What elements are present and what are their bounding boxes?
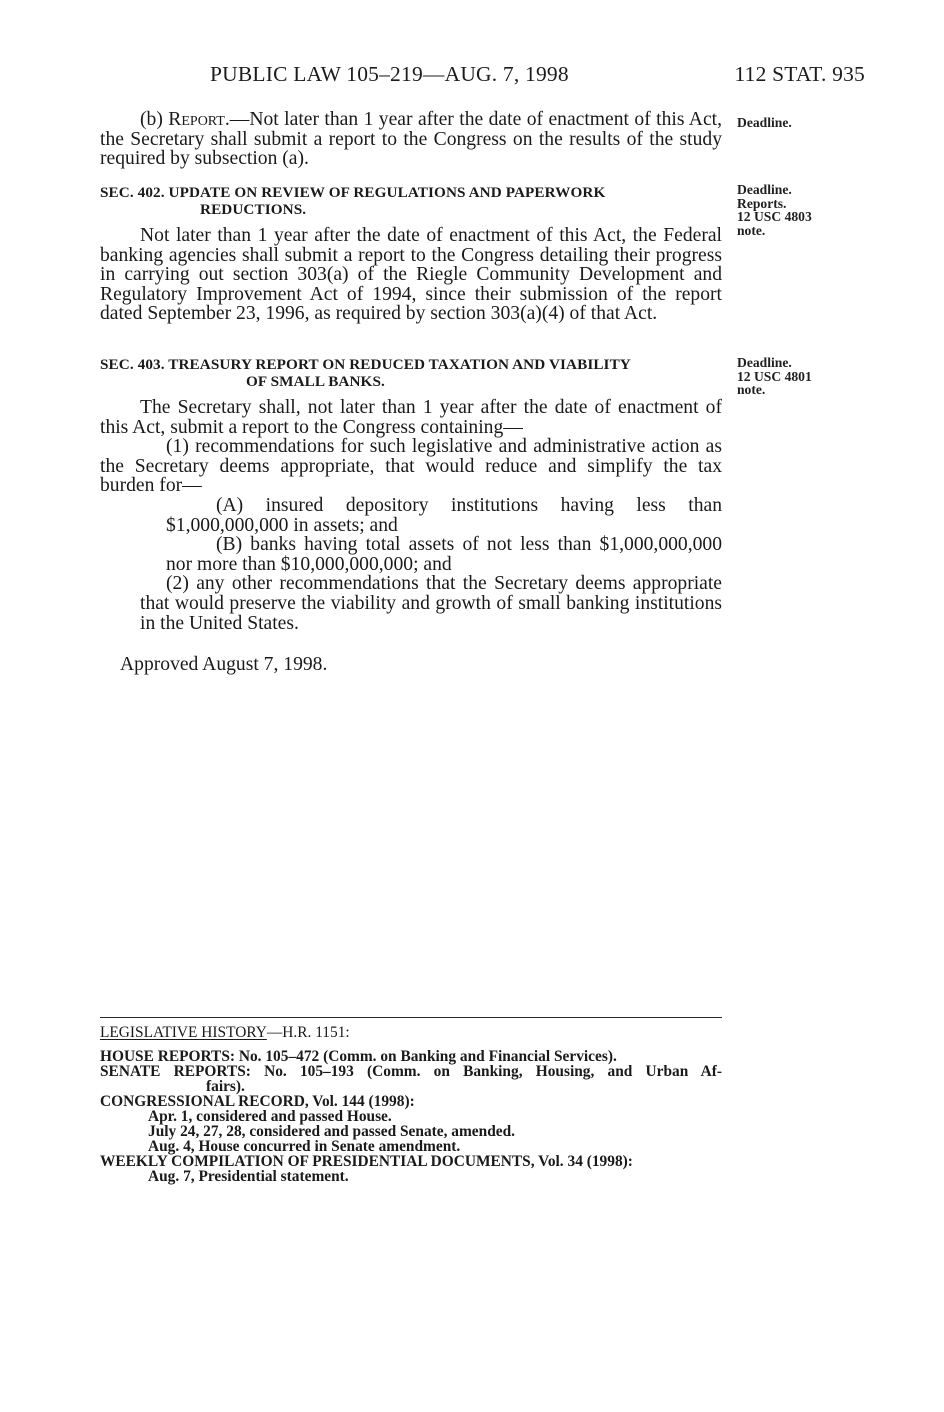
margin-note-line: Deadline. [737, 183, 812, 197]
running-head-title: PUBLIC LAW 105–219—AUG. 7, 1998 [210, 62, 569, 87]
weekly-compilation: WEEKLY COMPILATION OF PRESIDENTIAL DOCUM… [100, 1154, 722, 1169]
subsection-b-paragraph: (b) Report.—Not later than 1 year after … [100, 110, 722, 169]
margin-note-line: note. [737, 383, 812, 397]
section-403-item-1: (1) recommendations for such legislative… [60, 437, 722, 496]
section-403-heading-line2: OF SMALL BANKS. [100, 373, 722, 390]
margin-note-line: note. [737, 224, 812, 238]
section-402-text: Not later than 1 year after the date of … [100, 226, 722, 324]
item-B-text: (B) banks having total assets of not les… [166, 534, 722, 575]
approval-date: Approved August 7, 1998. [120, 654, 327, 676]
subsection-b: (b) Report.—Not later than 1 year after … [100, 110, 722, 169]
subsection-b-heading: Report [168, 109, 225, 130]
wc-item: Aug. 7, Presidential statement. [100, 1169, 722, 1184]
margin-note-line: Deadline. [737, 356, 812, 370]
cr-item: Apr. 1, considered and passed House. [100, 1109, 722, 1124]
section-402-heading-line1: SEC. 402. UPDATE ON REVIEW OF REGULATION… [100, 184, 605, 201]
subsection-b-label: (b) [140, 109, 168, 130]
margin-note-deadline-1: Deadline. [737, 116, 792, 130]
margin-note-line: Reports. [737, 197, 812, 211]
footer-divider [100, 1017, 722, 1018]
senate-reports-line1: SENATE REPORTS: No. 105–193 (Comm. on Ba… [100, 1064, 722, 1079]
legislative-history-title-text: LEGISLATIVE HISTORY [100, 1024, 267, 1041]
section-402-heading-line2: REDUCTIONS. [100, 201, 722, 218]
page-number: 112 STAT. 935 [735, 62, 865, 87]
section-402-heading: SEC. 402. UPDATE ON REVIEW OF REGULATION… [100, 184, 722, 218]
section-403-intro: The Secretary shall, not later than 1 ye… [100, 398, 722, 437]
legislative-history-bill: —H.R. 1151: [267, 1024, 350, 1041]
item-A-text: (A) insured depository institutions havi… [166, 495, 722, 536]
margin-note-line: 12 USC 4803 [737, 210, 812, 224]
section-403-item-B: (B) banks having total assets of not les… [100, 535, 722, 574]
document-page: PUBLIC LAW 105–219—AUG. 7, 1998 112 STAT… [0, 0, 944, 1412]
legislative-history: LEGISLATIVE HISTORY—H.R. 1151: HOUSE REP… [100, 1025, 722, 1184]
section-403-item-A: (A) insured depository institutions havi… [100, 496, 722, 535]
section-403-item-2: (2) any other recommendations that the S… [100, 574, 722, 633]
item-2-text: (2) any other recommendations that the S… [140, 573, 722, 633]
section-403-heading-line1: SEC. 403. TREASURY REPORT ON REDUCED TAX… [100, 356, 631, 373]
cr-item: July 24, 27, 28, considered and passed S… [100, 1124, 722, 1139]
congressional-record: CONGRESSIONAL RECORD, Vol. 144 (1998): [100, 1094, 722, 1109]
section-403: SEC. 403. TREASURY REPORT ON REDUCED TAX… [100, 356, 722, 633]
section-402: SEC. 402. UPDATE ON REVIEW OF REGULATION… [100, 184, 722, 324]
item-1-text: (1) recommendations for such legislative… [100, 436, 722, 496]
margin-note-line: 12 USC 4801 [737, 370, 812, 384]
section-403-heading: SEC. 403. TREASURY REPORT ON REDUCED TAX… [100, 356, 722, 390]
house-reports: HOUSE REPORTS: No. 105–472 (Comm. on Ban… [100, 1049, 722, 1064]
margin-note-sec-402: Deadline. Reports. 12 USC 4803 note. [737, 183, 812, 237]
margin-note-sec-403: Deadline. 12 USC 4801 note. [737, 356, 812, 397]
cr-item: Aug. 4, House concurred in Senate amendm… [100, 1139, 722, 1154]
legislative-history-title: LEGISLATIVE HISTORY—H.R. 1151: [100, 1025, 350, 1040]
senate-reports-line2: fairs). [100, 1079, 722, 1094]
margin-note-line: Deadline. [737, 116, 792, 130]
